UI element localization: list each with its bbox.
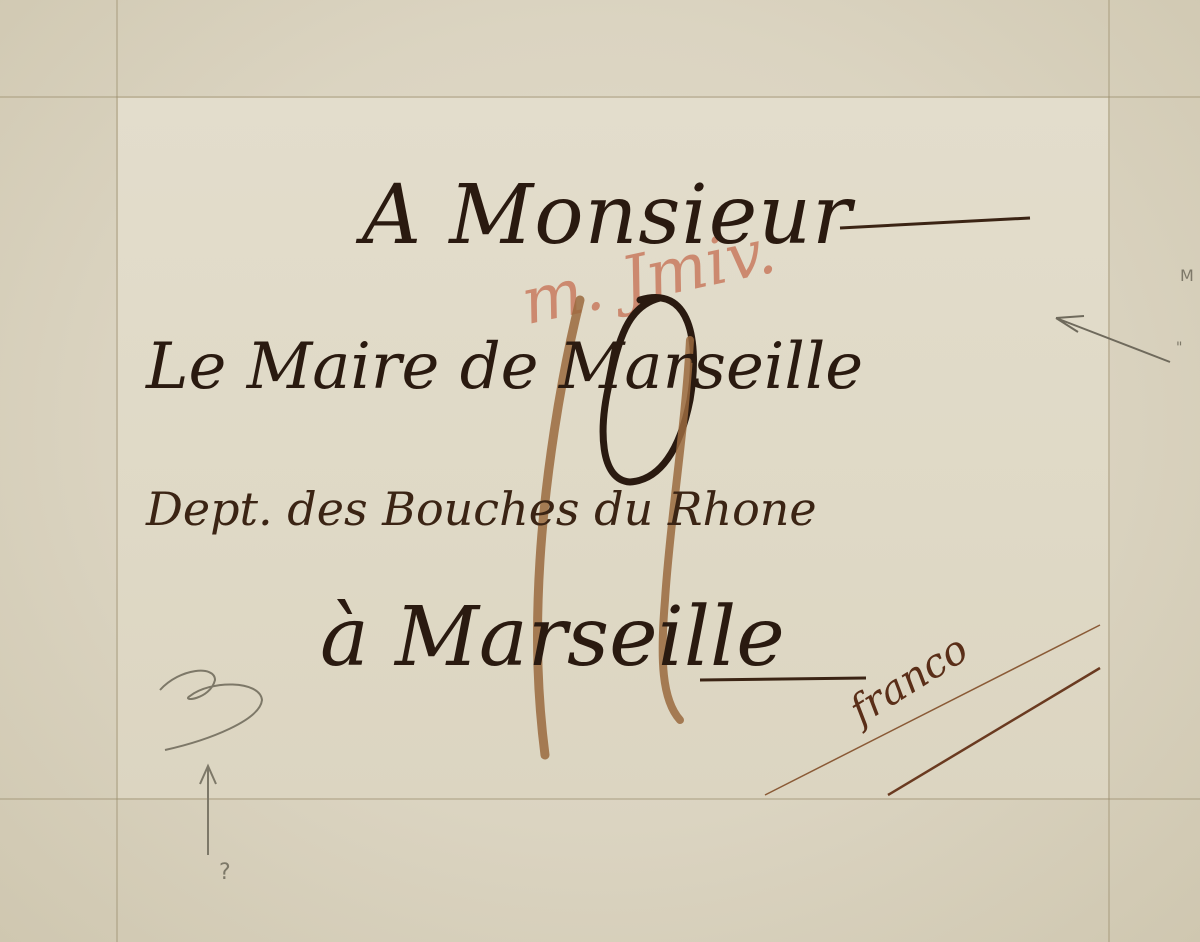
pencil-margin-quote: " — [1176, 340, 1182, 356]
address-line-department: Dept. des Bouches du Rhone — [146, 482, 817, 536]
pencil-margin-letter: M — [1180, 266, 1194, 285]
address-line-city: à Marseille — [320, 590, 785, 685]
address-line-monsieur: A Monsieur — [362, 168, 852, 263]
pencil-question-mark: ? — [219, 860, 231, 885]
postage-numeral-10 — [0, 0, 1200, 942]
address-line-maire: Le Maire de Marseille — [146, 330, 863, 404]
letter-sheet: m. Jmiv. A Monsieur Le Maire de Marseill… — [0, 0, 1200, 942]
